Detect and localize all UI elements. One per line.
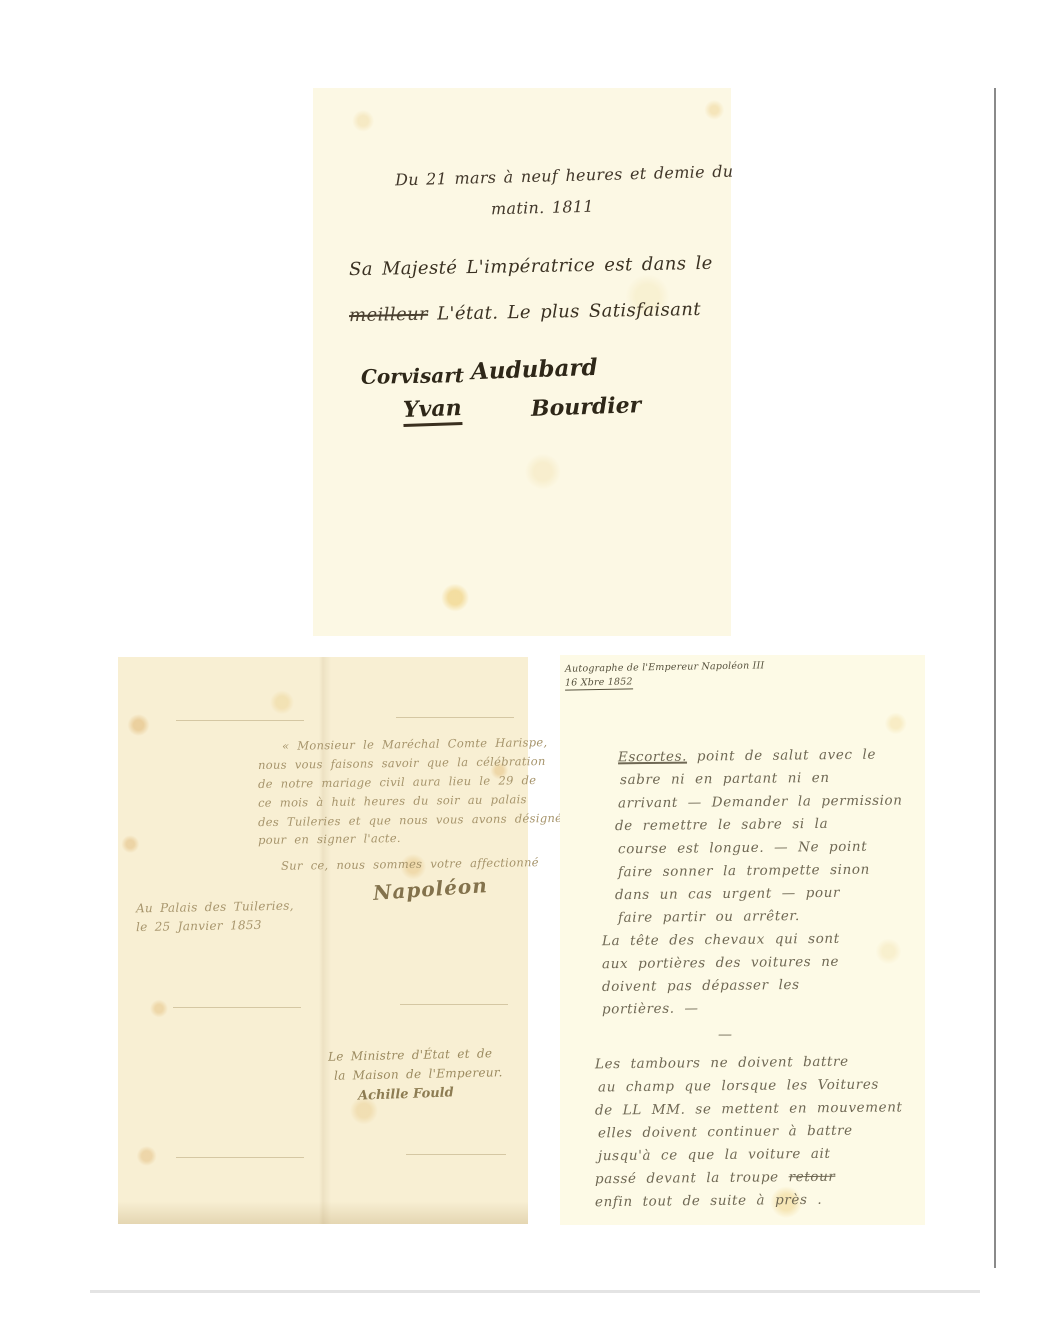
note-line-text: passé devant la troupe [595,1169,779,1187]
note-line: enfin tout de suite à près . [595,1192,822,1210]
autograph-notes-1852-document: Autographe de l'Empereur Napoléon III 16… [560,655,925,1225]
note-line: passé devant la troupe retour [595,1169,836,1188]
letter-place-line: Au Palais des Tuileries, [136,899,294,916]
note-line: aux portières des voitures ne [602,954,839,972]
note-line: faire partir ou arrêter. [618,908,800,926]
note-line: arrivant — Demander la permission [618,793,903,812]
fold-crease [176,720,304,721]
letter-line: « Monsieur le Maréchal Comte Harispe, [282,735,548,753]
note-line: elles doivent continuer à battre [598,1123,853,1142]
note-line: Les tambours ne doivent battre [595,1054,849,1073]
note-line: jusqu'à ce que la voiture ait [598,1146,831,1164]
letter-line: des Tuileries et que nous vous avons dés… [258,811,569,829]
note-line: course est longue. — Ne point [618,839,867,858]
fold-crease [396,717,514,718]
collector-annotation-line-1: Autographe de l'Empereur Napoléon III [565,660,765,674]
note-line: portières. — [602,1000,699,1017]
letter-line: nous vous faisons savoir que la célébrat… [258,754,546,772]
bulletin-body-line-2: meilleur L'état. Le plus Satisfaisant [349,299,701,326]
bulletin-1811-document: Du 21 mars à neuf heures et demie du mat… [313,88,731,636]
note-line: doivent pas dépasser les [602,977,800,995]
signature-yvan: Yvan [402,395,462,427]
fold-crease [406,1154,506,1155]
bulletin-body-line-2-rest: L'état. Le plus Satisfaisant [437,299,701,325]
minister-line-1: Le Ministre d'État et de [328,1046,493,1063]
note-line: La tête des chevaux qui sont [602,931,840,949]
letter-line: pour en signer l'acte. [258,831,401,847]
struck-word: retour [789,1169,836,1185]
underlined-word-escortes: Escortes. [618,749,687,766]
note-line: sabre ni en partant ni en [620,770,830,788]
letter-line: ce mois à huit heures du soir au palais [258,792,527,810]
letter-closing: Sur ce, nous sommes votre affectionné [281,855,539,873]
signature-napoleon: Napoléon [372,873,488,905]
minister-line-2: la Maison de l'Empereur. [334,1065,503,1083]
signature-corvisart: Corvisart [361,363,464,389]
note-line: de remettre le sabre si la [615,816,828,834]
note-line: Escortes. point de salut avec le [618,747,876,766]
bulletin-heading-line-2: matin. 1811 [491,197,594,219]
note-line: de LL MM. se mettent en mouvement [595,1099,903,1118]
page-canvas: Du 21 mars à neuf heures et demie du mat… [0,0,1040,1338]
page-bottom-rule [90,1290,980,1293]
signature-bourdier: Bourdier [531,392,642,422]
letter-date-line: le 25 Janvier 1853 [136,918,262,934]
collector-annotation-line-2: 16 Xbre 1852 [565,676,633,690]
note-line: faire sonner la trompette sinon [618,862,870,881]
struck-word: meilleur [349,304,428,326]
page-vertical-rule [994,88,996,1268]
note-line: dans un cas urgent — pour [615,885,840,903]
note-line: au champ que lorsque les Voitures [598,1077,879,1096]
letter-line: de notre mariage civil aura lieu le 29 d… [258,773,537,791]
note-line-rest: point de salut avec le [687,747,876,765]
bulletin-heading-line-1: Du 21 mars à neuf heures et demie du [395,162,734,190]
signature-minister: Achille Fould [358,1085,454,1103]
bulletin-body-line-1: Sa Majesté L'impératrice est dans le [349,253,713,280]
fold-crease [173,1007,301,1008]
paragraph-divider-dash: — [718,1027,732,1043]
marriage-letter-1853-document: « Monsieur le Maréchal Comte Harispe, no… [118,657,528,1224]
fold-crease [176,1157,304,1158]
signature-audubard: Audubard [471,354,598,385]
fold-crease [400,1004,508,1005]
